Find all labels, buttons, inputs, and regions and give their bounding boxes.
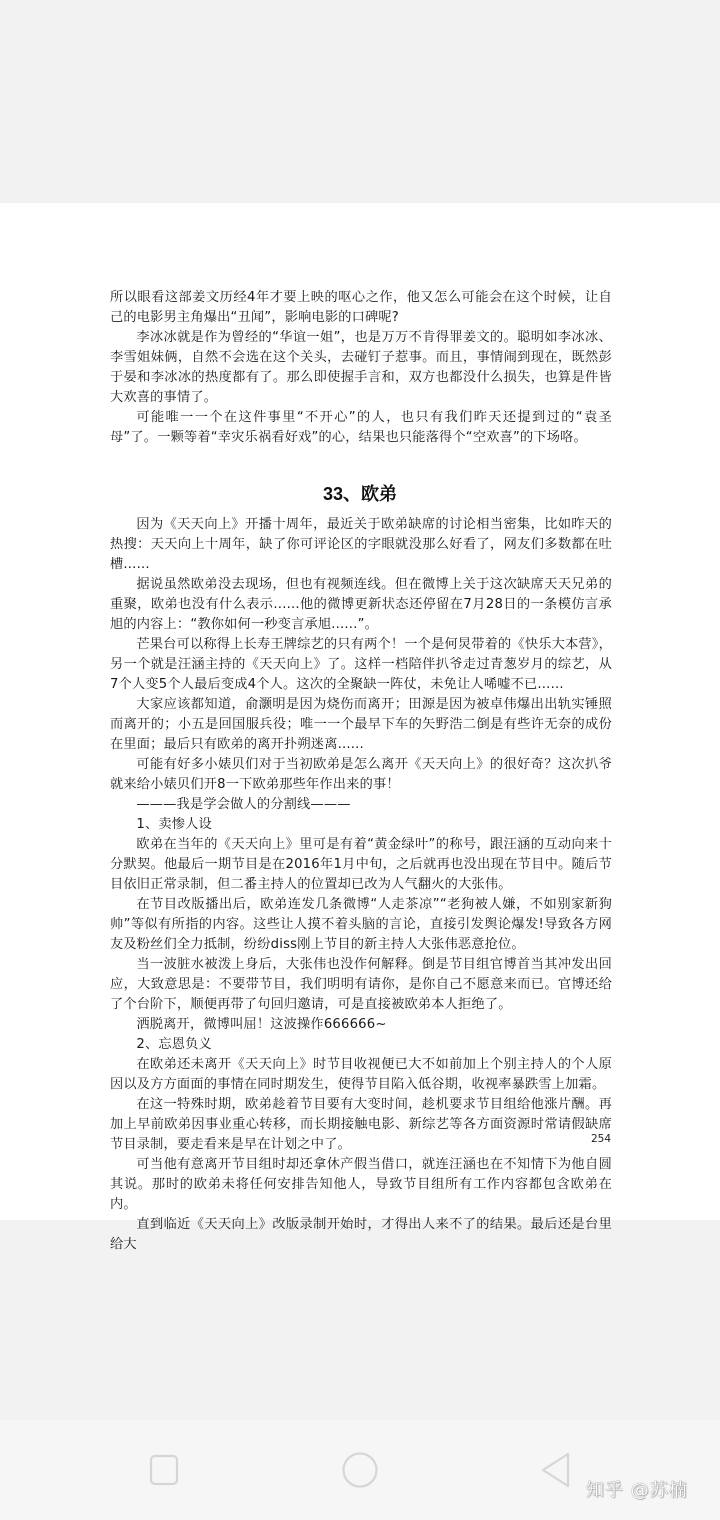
chapter-body: 因为《天天向上》开播十周年，最近关于欧弟缺席的讨论相当密集，比如昨天的热搜：天天…	[110, 515, 612, 1255]
back-button[interactable]	[536, 1450, 576, 1490]
paragraph: 因为《天天向上》开播十周年，最近关于欧弟缺席的讨论相当密集，比如昨天的热搜：天天…	[110, 515, 612, 575]
paragraph: 在节目改版播出后，欧弟连发几条微博“人走茶凉”“老狗被人嫌，不如别家新狗帅”等似…	[110, 895, 612, 955]
paragraph: 在这一特殊时期，欧弟趁着节目要有大变时间，趁机要求节目组给他涨片酬。再加上早前欧…	[110, 1095, 612, 1155]
paragraph: 在欧弟还未离开《天天向上》时节目收视便已大不如前加上个别主持人的个人原因以及方方…	[110, 1055, 612, 1095]
paragraph: 芒果台可以称得上长寿王牌综艺的只有两个！一个是何炅带着的《快乐大本营》，另一个就…	[110, 635, 612, 695]
page-number: 254	[591, 1133, 611, 1145]
chapter-title: 33、欧弟	[0, 480, 720, 506]
home-button[interactable]	[340, 1450, 380, 1490]
paragraph: 欧弟在当年的《天天向上》里可是有着“黄金绿叶”的称号，跟汪涵的互动向来十分默契。…	[110, 835, 612, 895]
zhihu-watermark: 知乎 @苏楠	[586, 1476, 688, 1502]
document-page: 所以眼看这部姜文历经4年才要上映的呕心之作，他又怎么可能会在这个时候，让自己的电…	[0, 203, 720, 1220]
paragraph: 可能唯一一个在这件事里“不开心”的人，也只有我们昨天还提到过的“袁圣母”了。一颗…	[110, 408, 612, 448]
square-icon	[149, 1454, 179, 1486]
paragraph: 大家应该都知道，俞灏明是因为烧伤而离开；田源是因为被卓伟爆出出轨实锤照而离开的；…	[110, 695, 612, 755]
paragraph: 当一波脏水被泼上身后，大张伟也没作何解释。倒是节目组官博首当其冲发出回应，大致意…	[110, 955, 612, 1015]
paragraph: 可能有好多小婊贝们对于当初欧弟是怎么离开《天天向上》的很好奇？这次扒爷就来给小婊…	[110, 755, 612, 795]
paragraph: 可当他有意离开节目组时却还拿休产假当借口，就连汪涵也在不知情下为他自圆其说。那时…	[110, 1155, 612, 1215]
section-heading: 1、卖惨人设	[110, 815, 612, 835]
triangle-back-icon	[539, 1451, 573, 1489]
recent-apps-button[interactable]	[144, 1450, 184, 1490]
section-heading: 2、忘恩负义	[110, 1035, 612, 1055]
circle-icon	[341, 1451, 379, 1489]
paragraph: 据说虽然欧弟没去现场，但也有视频连线。但在微博上关于这次缺席天天兄弟的重聚，欧弟…	[110, 575, 612, 635]
document-viewer[interactable]: 所以眼看这部姜文历经4年才要上映的呕心之作，他又怎么可能会在这个时候，让自己的电…	[0, 0, 720, 1420]
paragraph: 洒脱离开，微博叫屈！这波操作666666~	[110, 1015, 612, 1035]
section-divider: ———我是学会做人的分割线———	[110, 795, 612, 815]
paragraph: 所以眼看这部姜文历经4年才要上映的呕心之作，他又怎么可能会在这个时候，让自己的电…	[110, 288, 612, 328]
page-top-text: 所以眼看这部姜文历经4年才要上映的呕心之作，他又怎么可能会在这个时候，让自己的电…	[110, 288, 612, 448]
paragraph: 直到临近《天天向上》改版录制开始时，才得出人来不了的结果。最后还是台里给大	[110, 1215, 612, 1255]
paragraph: 李冰冰就是作为曾经的“华谊一姐”，也是万万不肯得罪姜文的。聪明如李冰冰、李雪姐妹…	[110, 328, 612, 408]
system-navigation-bar: 知乎 @苏楠	[0, 1420, 720, 1520]
